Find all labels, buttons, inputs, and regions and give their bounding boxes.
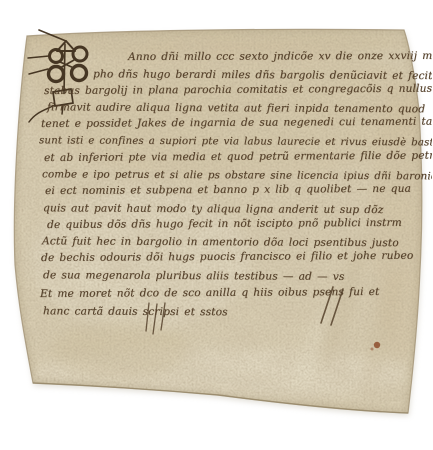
- charter-photo: Anno dñi millo ccc sexto jndicõe xv die …: [0, 0, 433, 450]
- parchment-grain: [14, 29, 421, 413]
- parchment-sheet-svg: [0, 0, 433, 450]
